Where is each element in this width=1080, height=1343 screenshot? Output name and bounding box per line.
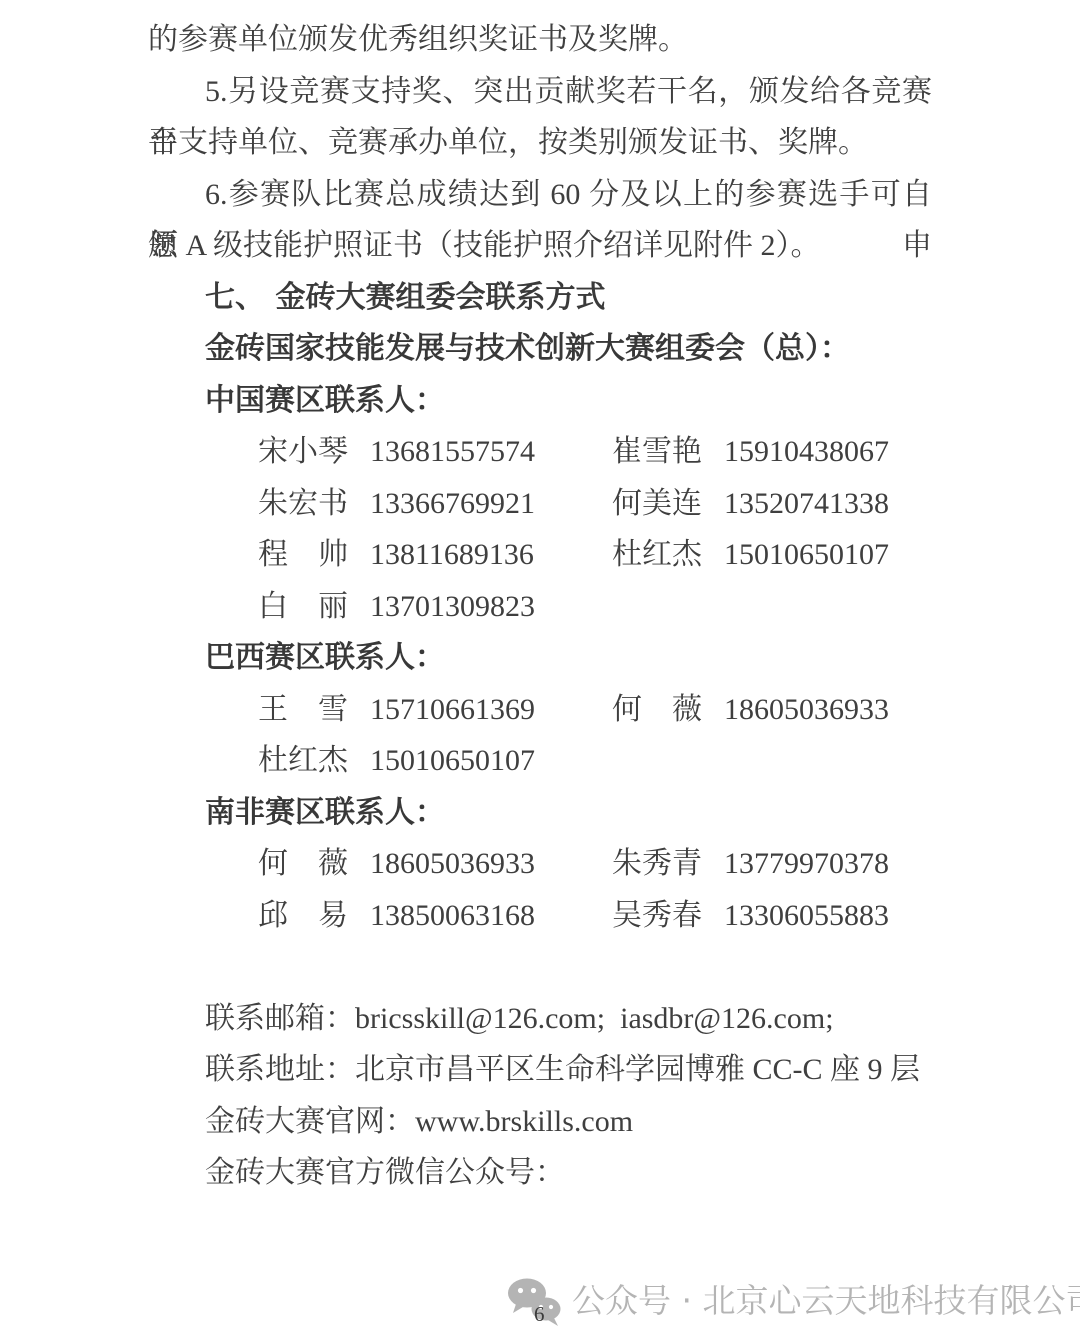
contact-row: 何 薇18605036933 朱秀青13779970378 <box>148 838 932 890</box>
contact-phone: 13701309823 <box>370 581 535 633</box>
contact-phone: 13681557574 <box>370 426 535 478</box>
info-line-website: 金砖大赛官网：www.brskills.com <box>148 1096 932 1148</box>
contact-cell: 崔雪艳15910438067 <box>612 426 889 478</box>
contact-name: 朱秀青 <box>612 838 724 890</box>
page-number: 6 <box>534 1304 545 1325</box>
contact-row: 杜红杰15010650107 <box>148 735 932 787</box>
contact-cell: 何 薇18605036933 <box>258 838 612 890</box>
contact-cell: 白 丽13701309823 <box>258 581 612 633</box>
region-heading-china: 中国赛区联系人： <box>148 375 932 427</box>
paragraph-line: 的参赛单位颁发优秀组织奖证书及奖牌。 <box>148 14 932 66</box>
footer-watermark: 6 公众号 · 北京心云天地科技有限公司 <box>506 1278 1080 1330</box>
contact-cell: 杜红杰15010650107 <box>258 735 612 787</box>
contact-phone: 13306055883 <box>724 890 889 942</box>
contact-phone: 13811689136 <box>370 529 534 581</box>
contact-name: 王 雪 <box>258 684 370 736</box>
contact-name: 白 丽 <box>258 581 370 633</box>
committee-heading: 金砖国家技能发展与技术创新大赛组委会（总）： <box>148 323 932 375</box>
contact-name: 杜红杰 <box>258 735 370 787</box>
paragraph-line: 5.另设竞赛支持奖、突出贡献奖若干名，颁发给各竞赛平 <box>148 66 932 118</box>
info-line-wechat-account: 金砖大赛官方微信公众号： <box>148 1147 932 1199</box>
contact-cell: 王 雪15710661369 <box>258 684 612 736</box>
wechat-icon: 6 <box>506 1278 564 1330</box>
contact-name: 崔雪艳 <box>612 426 724 478</box>
blank-line <box>148 941 932 993</box>
contact-row: 宋小琴13681557574 崔雪艳15910438067 <box>148 426 932 478</box>
contact-row: 白 丽13701309823 <box>148 581 932 633</box>
document-body: 的参赛单位颁发优秀组织奖证书及奖牌。 5.另设竞赛支持奖、突出贡献奖若干名，颁发… <box>148 14 932 1199</box>
contact-name: 邱 易 <box>258 890 370 942</box>
contact-row: 程 帅13811689136 杜红杰15010650107 <box>148 529 932 581</box>
contact-cell: 邱 易13850063168 <box>258 890 612 942</box>
contact-phone: 15910438067 <box>724 426 889 478</box>
contact-phone: 18605036933 <box>370 838 535 890</box>
contact-cell: 宋小琴13681557574 <box>258 426 612 478</box>
contact-cell: 程 帅13811689136 <box>258 529 612 581</box>
contact-name: 杜红杰 <box>612 529 724 581</box>
document-page: 的参赛单位颁发优秀组织奖证书及奖牌。 5.另设竞赛支持奖、突出贡献奖若干名，颁发… <box>0 0 1080 1343</box>
contact-name: 何 薇 <box>612 684 724 736</box>
contact-phone: 13520741338 <box>724 478 889 530</box>
contact-cell: 朱宏书13366769921 <box>258 478 612 530</box>
section-heading: 七、 金砖大赛组委会联系方式 <box>148 272 932 324</box>
contact-name: 何 薇 <box>258 838 370 890</box>
contact-phone: 15010650107 <box>370 735 535 787</box>
contact-name: 吴秀春 <box>612 890 724 942</box>
contact-cell: 何美连13520741338 <box>612 478 889 530</box>
contact-phone: 13366769921 <box>370 478 535 530</box>
contact-name: 宋小琴 <box>258 426 370 478</box>
contact-cell: 朱秀青13779970378 <box>612 838 889 890</box>
contact-phone: 15010650107 <box>724 529 889 581</box>
contact-cell: 何 薇18605036933 <box>612 684 889 736</box>
contact-row: 邱 易13850063168 吴秀春13306055883 <box>148 890 932 942</box>
contact-name: 程 帅 <box>258 529 370 581</box>
contact-name: 何美连 <box>612 478 724 530</box>
info-line-address: 联系地址：北京市昌平区生命科学园博雅 CC-C 座 9 层 <box>148 1044 932 1096</box>
paragraph-line: 6.参赛队比赛总成绩达到 60 分及以上的参赛选手可自愿申 <box>148 169 932 221</box>
contact-cell: 杜红杰15010650107 <box>612 529 889 581</box>
contact-phone: 18605036933 <box>724 684 889 736</box>
contact-row: 朱宏书13366769921 何美连13520741338 <box>148 478 932 530</box>
contact-phone: 13850063168 <box>370 890 535 942</box>
contact-phone: 13779970378 <box>724 838 889 890</box>
contact-row: 王 雪15710661369 何 薇18605036933 <box>148 684 932 736</box>
info-line-email: 联系邮箱：bricsskill@126.com; iasdbr@126.com; <box>148 993 932 1045</box>
region-heading-south-africa: 南非赛区联系人： <box>148 787 932 839</box>
region-heading-brazil: 巴西赛区联系人： <box>148 632 932 684</box>
paragraph-line: 领 A 级技能护照证书（技能护照介绍详见附件 2）。 <box>148 220 932 272</box>
paragraph-line: 台支持单位、竞赛承办单位，按类别颁发证书、奖牌。 <box>148 117 932 169</box>
contact-name: 朱宏书 <box>258 478 370 530</box>
watermark-text: 公众号 · 北京心云天地科技有限公司 <box>572 1278 1080 1324</box>
contact-cell: 吴秀春13306055883 <box>612 890 889 942</box>
contact-phone: 15710661369 <box>370 684 535 736</box>
